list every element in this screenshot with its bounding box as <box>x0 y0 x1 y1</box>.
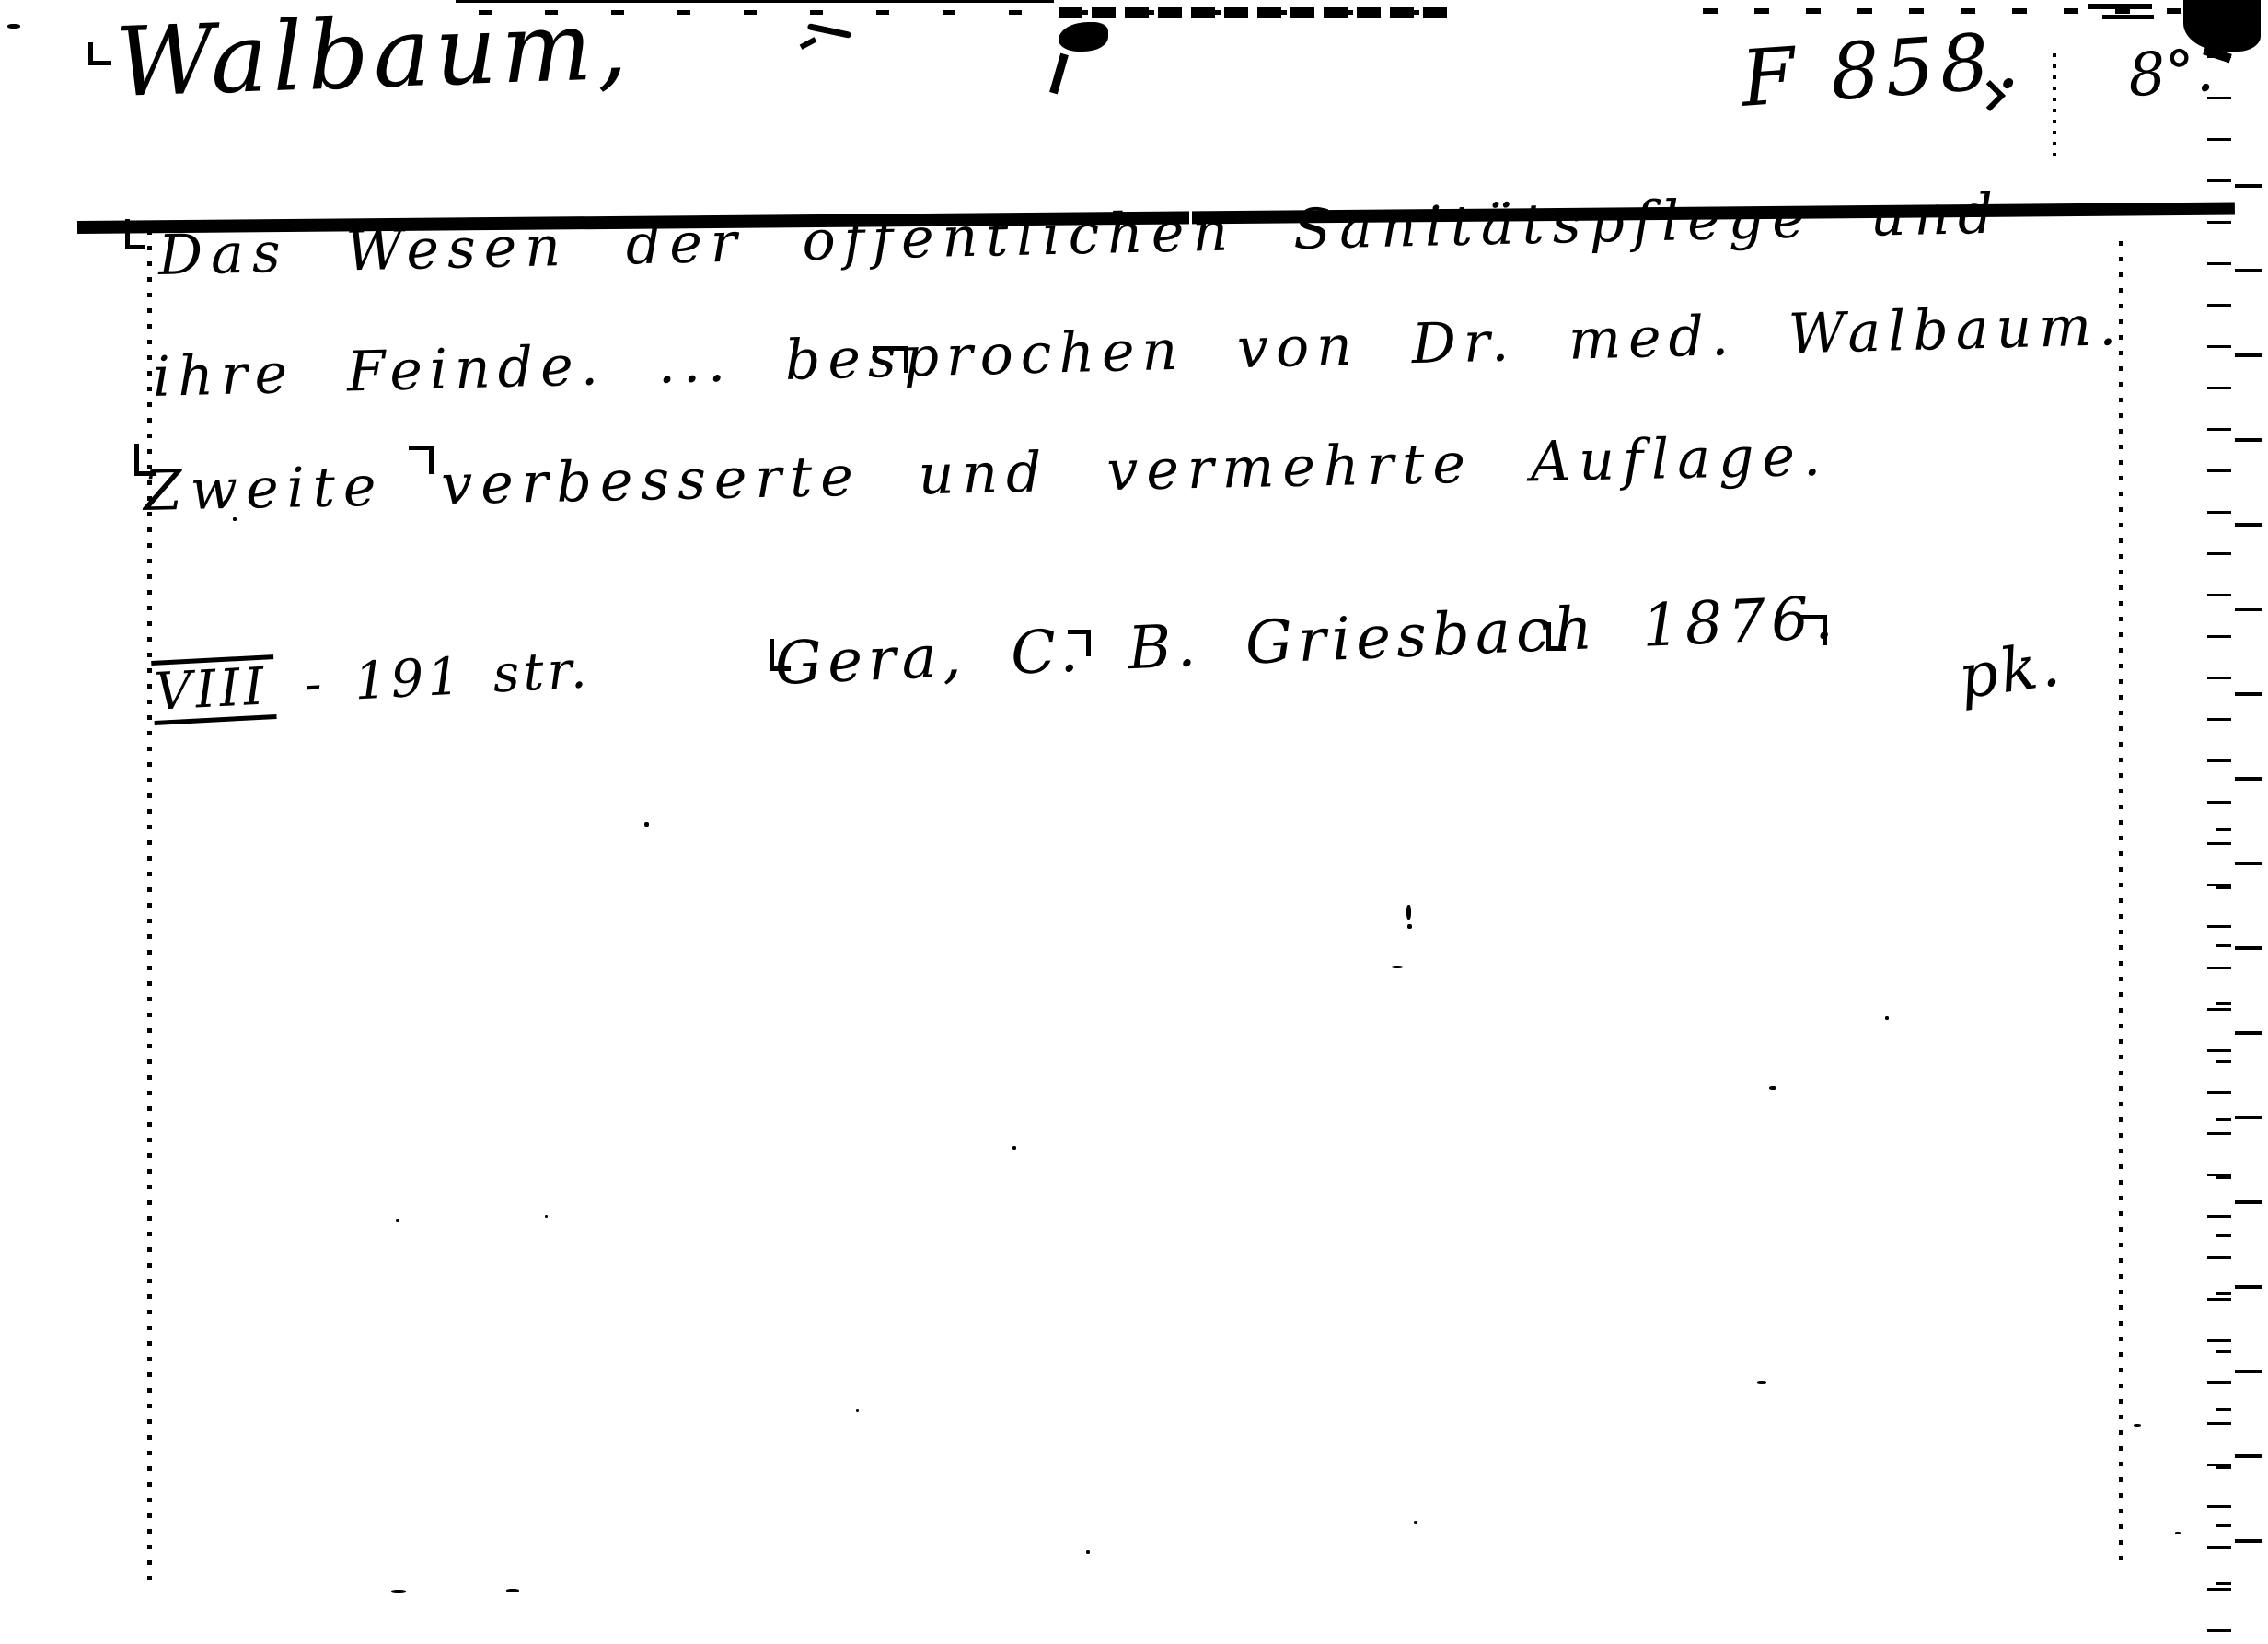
scan-speck <box>506 1589 519 1592</box>
scan-noise-band <box>1059 7 1454 18</box>
scan-noise-squiggle <box>1049 53 1069 95</box>
insertion-mark <box>1068 630 1091 656</box>
scan-speck <box>1012 1146 1016 1150</box>
imprint: Gera, C. B. Griesbach 1876. <box>774 589 1840 694</box>
scan-noise-dash <box>2102 15 2154 19</box>
insertion-mark <box>873 346 908 373</box>
scan-speck <box>233 517 237 521</box>
collation: VIII - 191 str. <box>151 638 592 725</box>
right-margin-dotted-line <box>2119 241 2123 1565</box>
insertion-mark <box>769 639 791 671</box>
insertion-mark <box>88 42 111 65</box>
insertion-mark <box>1800 615 1827 645</box>
scan-speck <box>391 1590 406 1593</box>
collation-pages: - 191 str. <box>303 640 592 714</box>
insertion-mark <box>125 219 145 249</box>
scan-speck <box>1392 966 1403 968</box>
scan-speck <box>1769 1086 1776 1090</box>
left-margin-dotted-line <box>147 230 152 1585</box>
scan-speck <box>1414 1521 1417 1524</box>
scan-speck <box>1757 1381 1766 1384</box>
scan-speck <box>1407 924 1412 929</box>
collation-roman-numeral: VIII <box>151 654 276 725</box>
card-heading-author: Walbaum, <box>114 0 633 110</box>
scan-speck <box>2175 1532 2181 1534</box>
scan-speck <box>1086 1550 1090 1554</box>
scan-noise-squiggle <box>800 37 817 50</box>
scan-speck <box>1406 905 1411 920</box>
scan-speck <box>1885 1016 1889 1020</box>
insertion-mark <box>1546 622 1566 651</box>
scan-noise-right-column <box>2235 184 2262 1620</box>
scan-speck <box>7 24 20 29</box>
scan-speck <box>644 822 649 827</box>
scan-speck <box>856 1409 859 1412</box>
format-size: 8°. <box>2126 41 2216 106</box>
scan-speck <box>545 1215 548 1218</box>
insertion-mark <box>134 444 156 476</box>
scan-noise-right-column <box>2216 828 2231 1638</box>
cataloger-note: pk. <box>1955 634 2065 709</box>
shelfmark-separator-dotted-line <box>2053 53 2056 156</box>
scan-speck <box>396 1219 399 1222</box>
title-line-3: Zweite verbesserte und vermehrte Auflage… <box>143 429 1829 519</box>
scan-noise-dash <box>2088 4 2152 9</box>
title-line-1: Das Wesen der öffentlichen Sanitätspfleg… <box>157 187 2002 284</box>
title-line-2: ihre Feinde. ... besprochen von Dr. med.… <box>152 298 2124 405</box>
scan-speck <box>2134 1424 2141 1427</box>
scan-noise-squiggle <box>1059 22 1108 52</box>
insertion-mark <box>409 446 434 474</box>
catalog-card: Walbaum, F 858. 8°. Das Wesen der öffent… <box>0 0 2268 1644</box>
